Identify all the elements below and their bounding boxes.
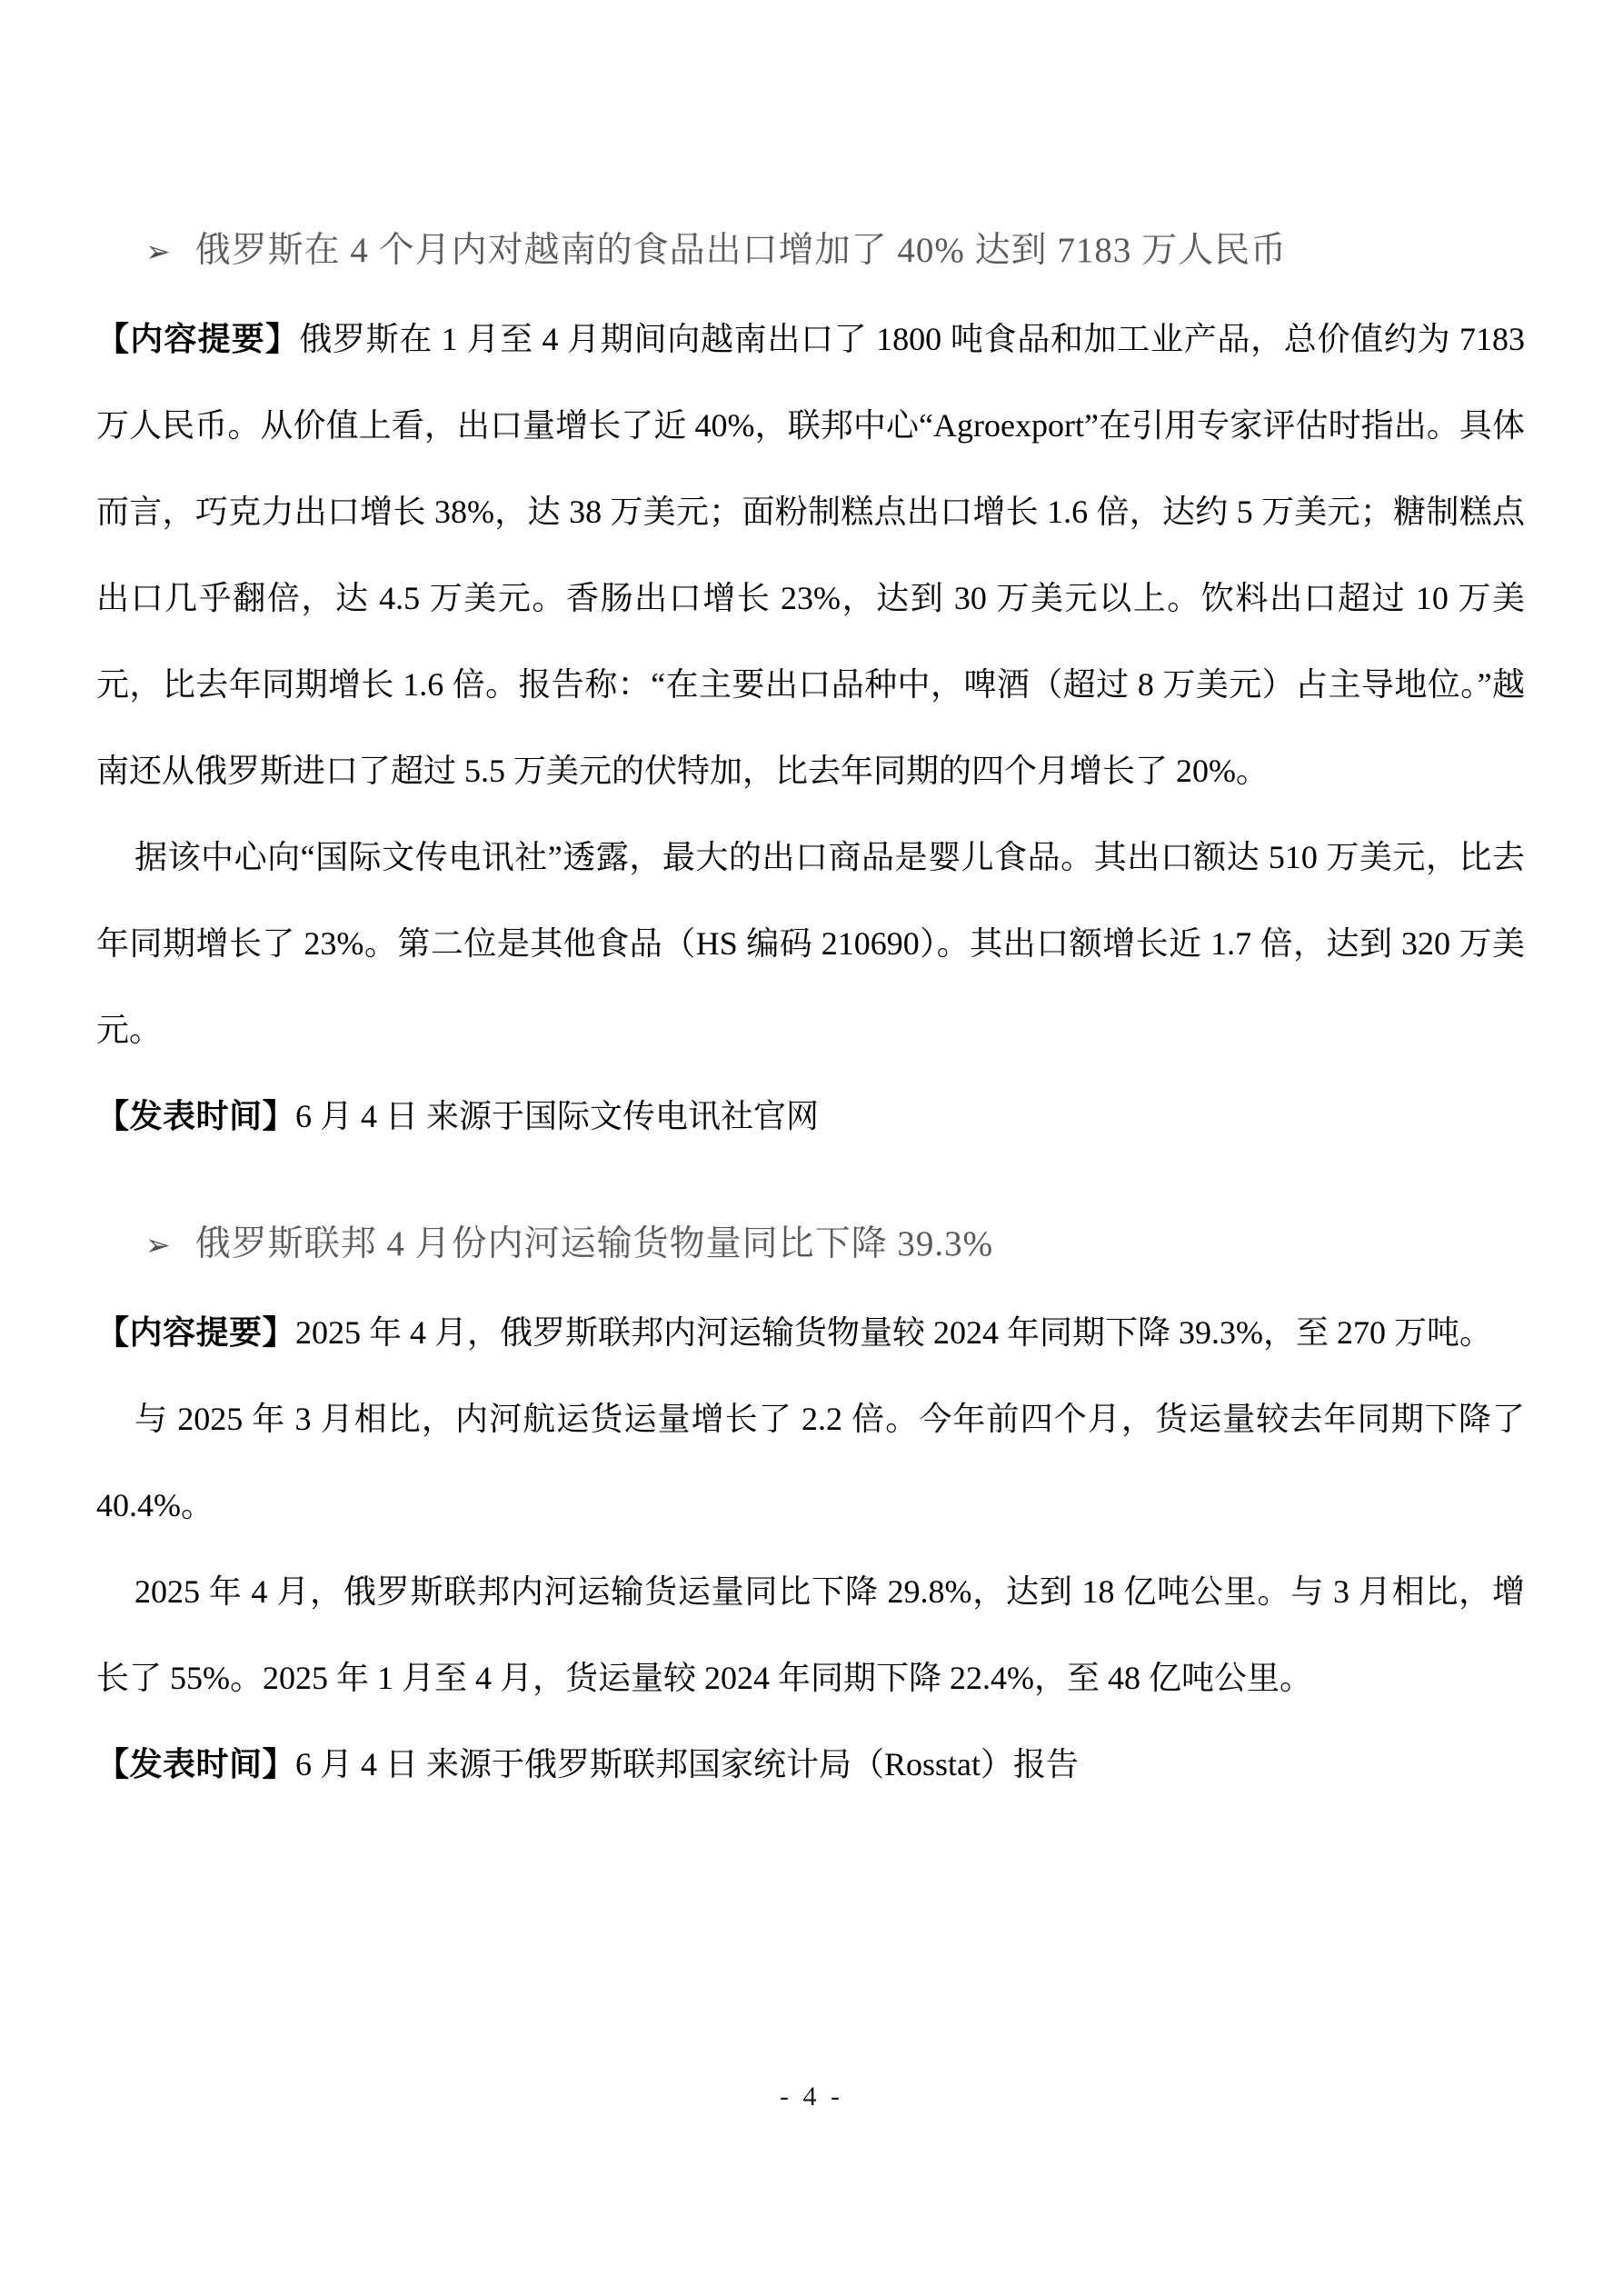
summary-paragraph: 【内容提要】2025 年 4 月，俄罗斯联邦内河运输货物量较 2024 年同期下… <box>96 1290 1525 1376</box>
arrow-bullet-icon: ➢ <box>145 1203 172 1290</box>
section-heading: ➢ 俄罗斯在 4 个月内对越南的食品出口增加了 40% 达到 7183 万人民币 <box>96 207 1525 296</box>
page-content: ➢ 俄罗斯在 4 个月内对越南的食品出口增加了 40% 达到 7183 万人民币… <box>0 0 1623 1808</box>
body-paragraph: 与 2025 年 3 月相比，内河航运货运量增长了 2.2 倍。今年前四个月，货… <box>96 1376 1525 1549</box>
section-heading: ➢ 俄罗斯联邦 4 月份内河运输货物量同比下降 39.3% <box>96 1201 1525 1290</box>
publish-line: 【发表时间】6 月 4 日 来源于国际文传电讯社官网 <box>96 1073 1525 1160</box>
body-paragraph: 2025 年 4 月，俄罗斯联邦内河运输货运量同比下降 29.8%，达到 18 … <box>96 1549 1525 1722</box>
body-paragraph: 据该中心向“国际文传电讯社”透露，最大的出口商品是婴儿食品。其出口额达 510 … <box>96 814 1525 1073</box>
summary-text: 2025 年 4 月，俄罗斯联邦内河运输货物量较 2024 年同期下降 39.3… <box>295 1314 1492 1351</box>
news-section-river-freight: ➢ 俄罗斯联邦 4 月份内河运输货物量同比下降 39.3% 【内容提要】2025… <box>96 1201 1525 1808</box>
summary-paragraph: 【内容提要】俄罗斯在 1 月至 4 月期间向越南出口了 1800 吨食品和加工业… <box>96 296 1525 814</box>
arrow-bullet-icon: ➢ <box>145 210 172 296</box>
page-footer: - 4 - <box>0 2081 1623 2112</box>
section-title: 俄罗斯联邦 4 月份内河运输货物量同比下降 39.3% <box>195 1201 994 1287</box>
section-title: 俄罗斯在 4 个月内对越南的食品出口增加了 40% 达到 7183 万人民币 <box>195 207 1288 294</box>
publish-label: 【发表时间】 <box>96 1098 295 1134</box>
publish-text: 6 月 4 日 来源于国际文传电讯社官网 <box>295 1098 819 1134</box>
publish-label: 【发表时间】 <box>96 1746 295 1782</box>
summary-label: 【内容提要】 <box>96 1314 295 1351</box>
news-section-vietnam-food-export: ➢ 俄罗斯在 4 个月内对越南的食品出口增加了 40% 达到 7183 万人民币… <box>96 207 1525 1160</box>
summary-text: 俄罗斯在 1 月至 4 月期间向越南出口了 1800 吨食品和加工业产品，总价值… <box>96 321 1525 789</box>
document-page: ➢ 俄罗斯在 4 个月内对越南的食品出口增加了 40% 达到 7183 万人民币… <box>0 0 1623 2296</box>
summary-label: 【内容提要】 <box>96 321 299 357</box>
publish-text: 6 月 4 日 来源于俄罗斯联邦国家统计局（Rosstat）报告 <box>295 1746 1079 1782</box>
page-number: - 4 - <box>780 2081 843 2111</box>
publish-line: 【发表时间】6 月 4 日 来源于俄罗斯联邦国家统计局（Rosstat）报告 <box>96 1722 1525 1808</box>
